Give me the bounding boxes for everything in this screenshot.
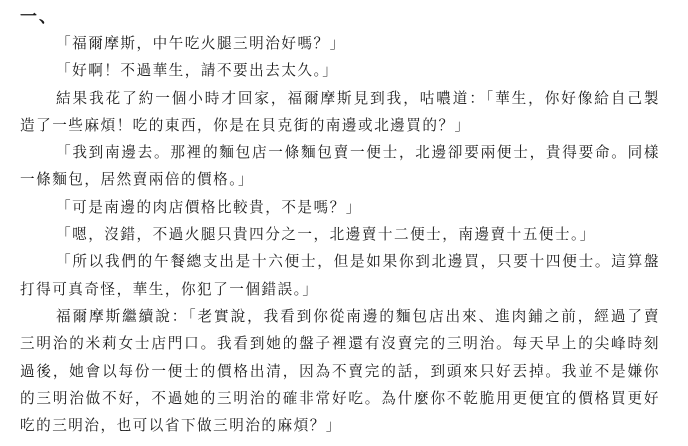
paragraph-7: 「所以我們的午餐總支出是十六便士，但是如果你到北邊買，只要十四便士。這算盤打得可… [20,248,660,303]
document-page: 一、 「福爾摩斯，中午吃火腿三明治好嗎？」 「好啊！不過華生，請不要出去太久。」… [20,4,660,439]
paragraph-6: 「嗯，沒錯，不過火腿只貴四分之一，北邊賣十二便士，南邊賣十五便士。」 [20,221,660,248]
paragraph-2: 「好啊！不過華生，請不要出去太久。」 [20,57,660,84]
paragraph-1: 「福爾摩斯，中午吃火腿三明治好嗎？」 [20,30,660,57]
paragraph-4: 「我到南邊去。那裡的麵包店一條麵包賣一便士，北邊卻要兩便士，貴得要命。同樣一條麵… [20,139,660,194]
section-heading: 一、 [20,4,660,30]
paragraph-5: 「可是南邊的肉店價格比較貴，不是嗎？」 [20,194,660,221]
paragraph-8: 福爾摩斯繼續說：「老實說，我看到你從南邊的麵包店出來、進肉鋪之前，經過了賣三明治… [20,303,660,439]
paragraph-3: 結果我花了約一個小時才回家，福爾摩斯見到我，咕噥道：「華生，你好像給自己製造了一… [20,85,660,140]
